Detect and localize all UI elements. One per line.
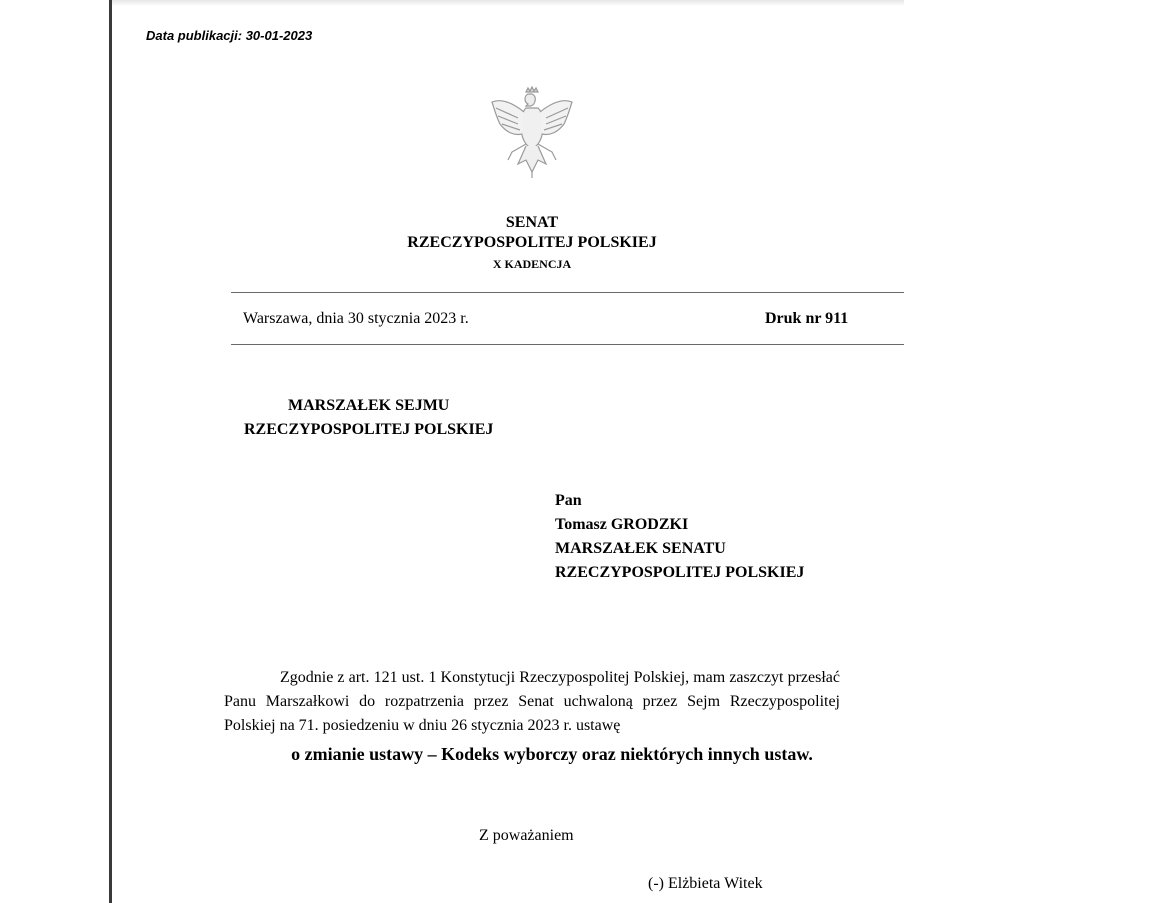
page-left-edge bbox=[109, 0, 112, 903]
recipient-title: MARSZAŁEK SENATU bbox=[555, 537, 804, 561]
page-top-shadow bbox=[112, 0, 904, 6]
recipient-salutation: Pan bbox=[555, 489, 804, 513]
divider-bottom bbox=[231, 344, 904, 345]
institution-name: SENAT bbox=[332, 213, 732, 233]
sender-country: RZECZYPOSPOLITEJ POLSKIEJ bbox=[244, 418, 493, 442]
body-paragraph: Zgodnie z art. 121 ust. 1 Konstytucji Rz… bbox=[224, 666, 840, 738]
print-number: Druk nr 911 bbox=[765, 310, 848, 328]
place-and-date: Warszawa, dnia 30 stycznia 2023 r. bbox=[243, 310, 469, 328]
polish-eagle-emblem-icon bbox=[488, 86, 576, 180]
recipient-name: Tomasz GRODZKI bbox=[555, 513, 804, 537]
publication-date: Data publikacji: 30-01-2023 bbox=[146, 28, 312, 43]
institution-heading: SENAT RZECZYPOSPOLITEJ POLSKIEJ X KADENC… bbox=[332, 213, 732, 275]
letter-body: Zgodnie z art. 121 ust. 1 Konstytucji Rz… bbox=[224, 666, 840, 738]
act-title: o zmianie ustawy – Kodeks wyborczy oraz … bbox=[224, 744, 880, 765]
signature: (-) Elżbieta Witek bbox=[648, 875, 763, 893]
term-label: X KADENCJA bbox=[332, 253, 732, 275]
institution-country: RZECZYPOSPOLITEJ POLSKIEJ bbox=[332, 233, 732, 253]
valediction: Z poważaniem bbox=[479, 827, 574, 845]
sender-block: MARSZAŁEK SEJMU RZECZYPOSPOLITEJ POLSKIE… bbox=[244, 394, 493, 442]
divider-top bbox=[231, 292, 904, 293]
recipient-block: Pan Tomasz GRODZKI MARSZAŁEK SENATU RZEC… bbox=[555, 489, 804, 585]
sender-title: MARSZAŁEK SEJMU bbox=[244, 394, 493, 418]
recipient-country: RZECZYPOSPOLITEJ POLSKIEJ bbox=[555, 561, 804, 585]
